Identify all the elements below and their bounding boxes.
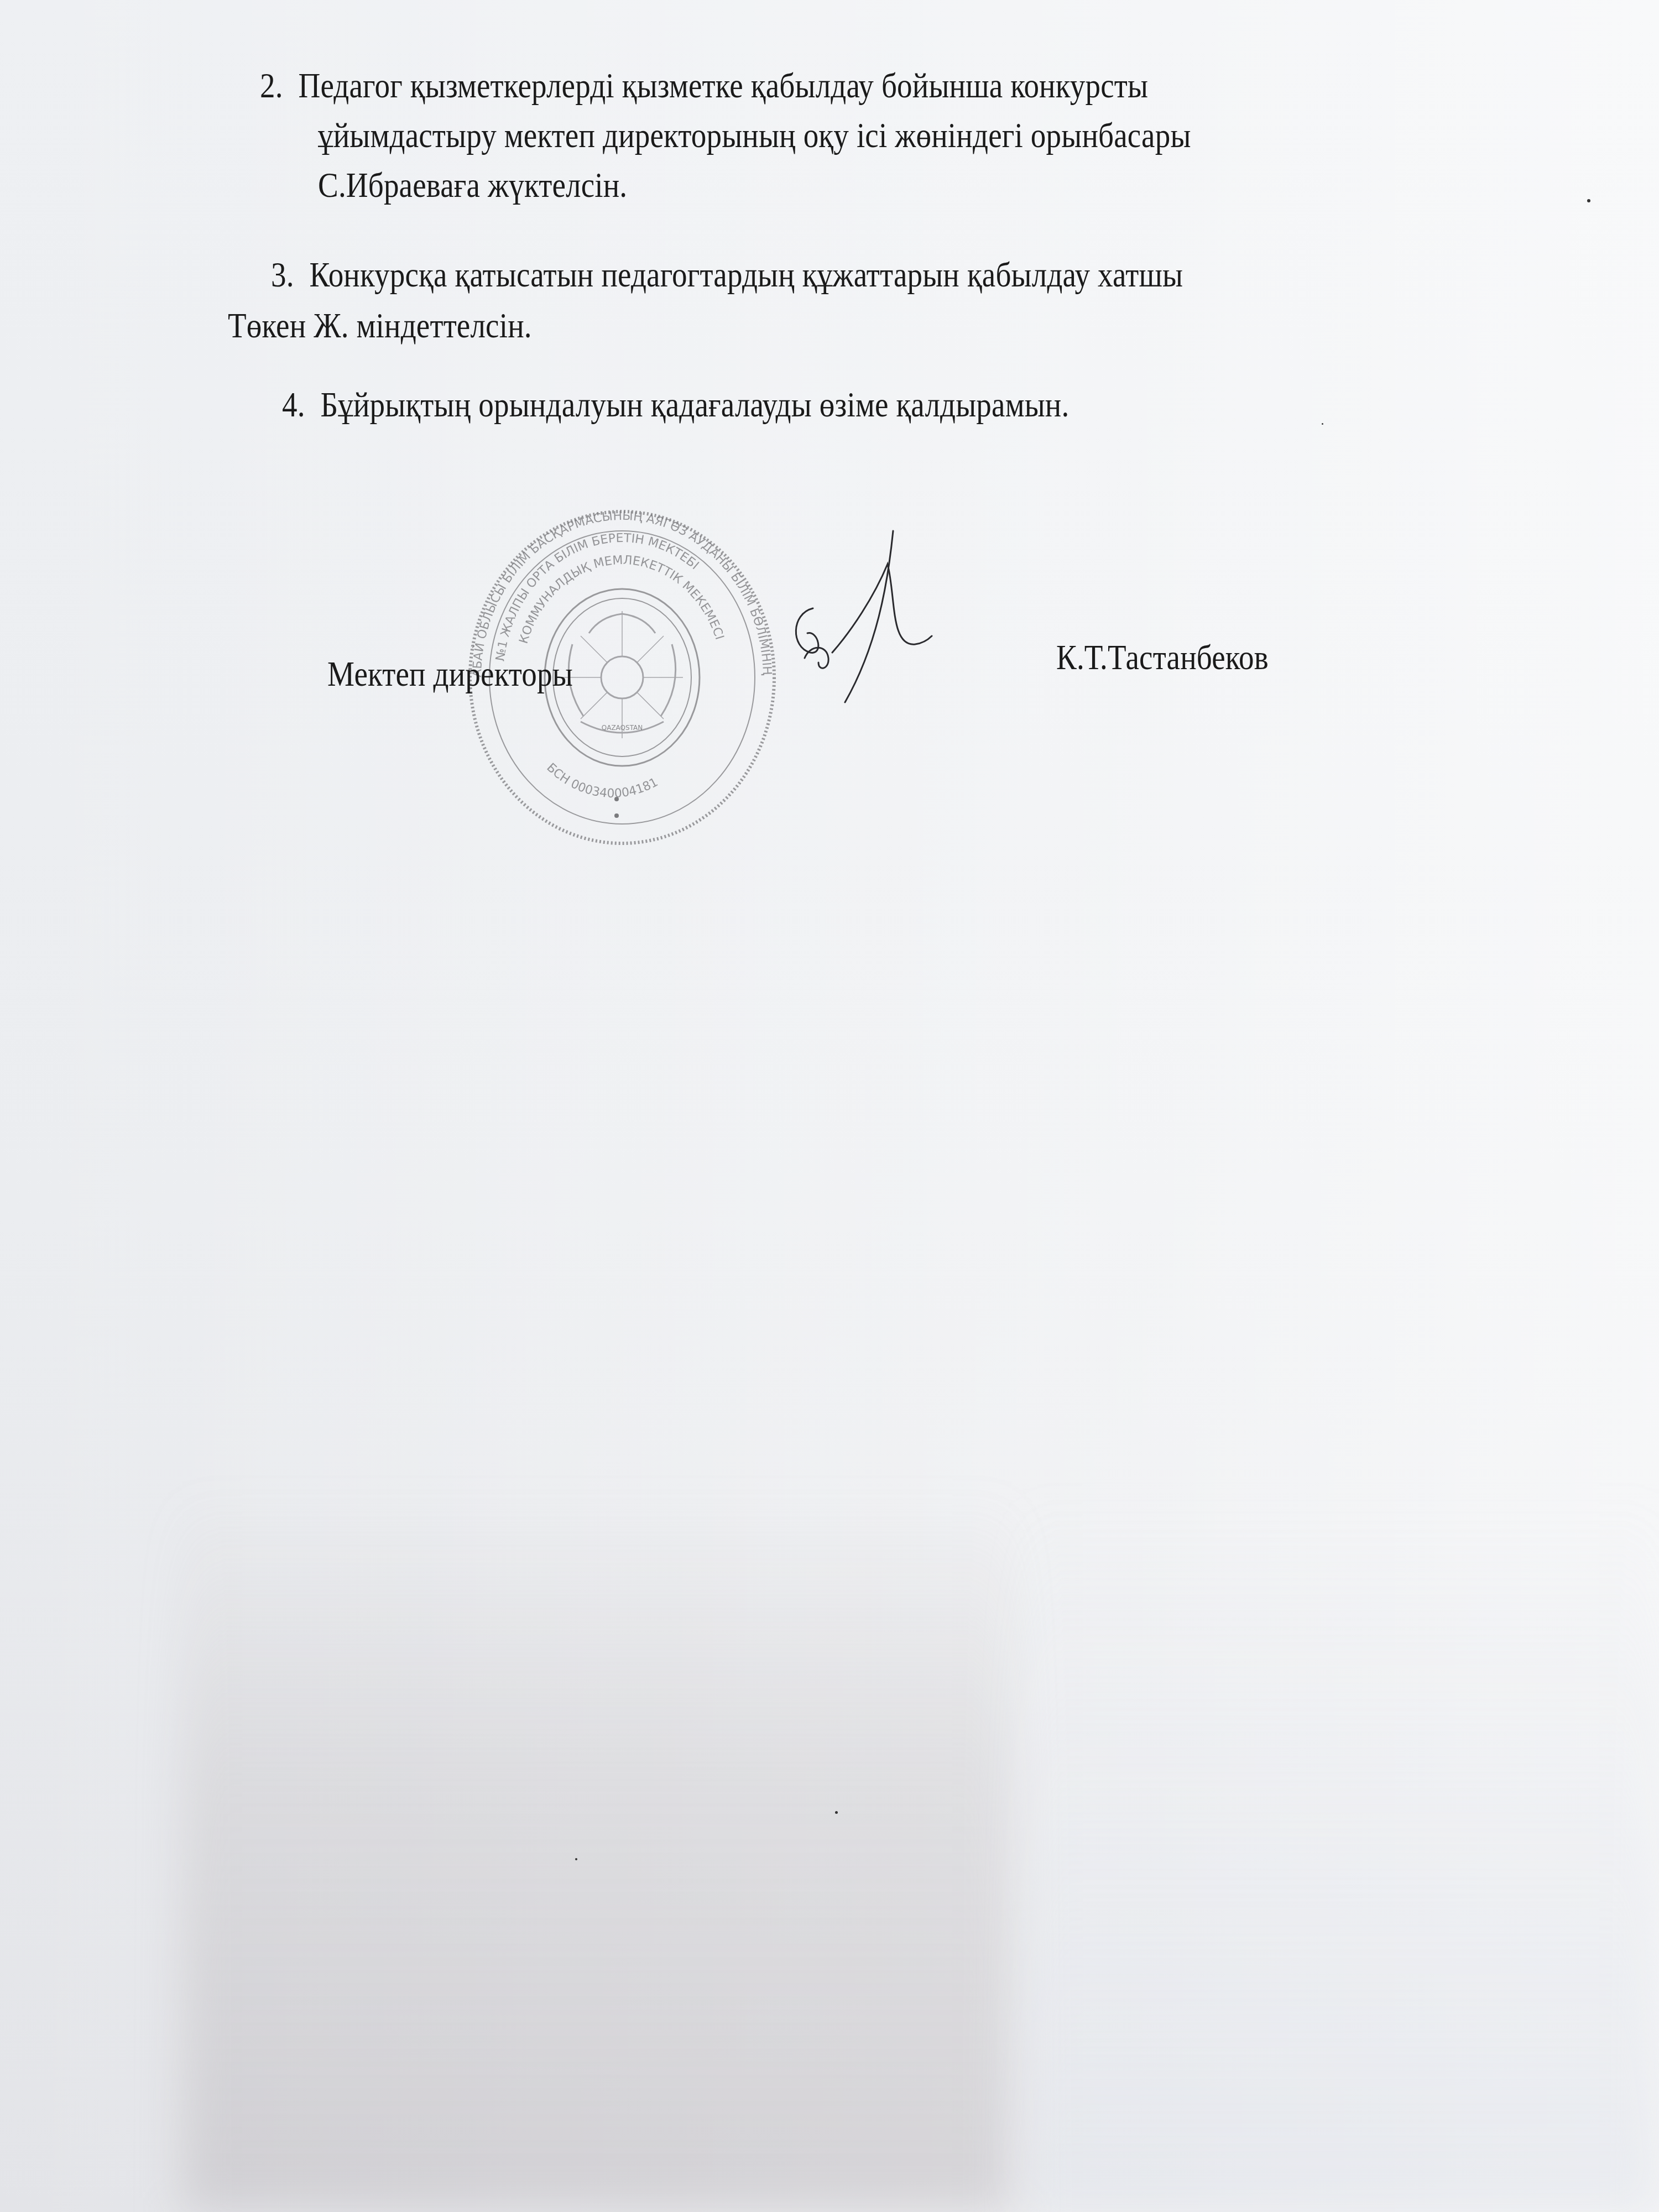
item-2-line-1: 2. Педагог қызметкерлерді қызметке қабыл… [260, 65, 1148, 106]
photo-shadow [1023, 1493, 1659, 2212]
director-position-label: Мектеп директоры [327, 654, 573, 695]
item-text: Конкурсқа қатысатын педагогтардың құжатт… [309, 255, 1183, 294]
item-number: 2. [260, 65, 283, 106]
document-page: 2. Педагог қызметкерлерді қызметке қабыл… [0, 0, 1659, 2212]
item-4-line-1: 4. Бұйрықтың орындалуын қадағалауды өзім… [282, 384, 1069, 425]
dust-speck [835, 1811, 838, 1814]
item-2-line-2: ұйымдастыру мектеп директорының оқу ісі … [318, 115, 1191, 156]
photo-shadow [182, 1493, 1012, 2212]
dust-speck [1587, 199, 1590, 202]
item-text: Бұйрықтың орындалуын қадағалауды өзіме қ… [320, 385, 1069, 424]
item-text: Төкен Ж. міндеттелсін. [228, 306, 532, 345]
item-3-line-1: 3. Конкурсқа қатысатын педагогтардың құж… [271, 254, 1183, 295]
dust-speck [575, 1858, 577, 1860]
item-2-line-3: С.Ибраеваға жүктелсін. [318, 165, 627, 206]
item-number: 4. [282, 384, 305, 425]
stamp-bin: БСН 000340004181 [544, 761, 660, 801]
item-3-line-2: Төкен Ж. міндеттелсін. [228, 305, 532, 346]
item-text: ұйымдастыру мектеп директорының оқу ісі … [318, 116, 1191, 155]
item-text: С.Ибраеваға жүктелсін. [318, 165, 627, 205]
director-name: К.Т.Тастанбеков [1056, 637, 1269, 678]
dust-speck [1322, 423, 1323, 425]
svg-text:БСН 000340004181: БСН 000340004181 [544, 761, 660, 801]
emblem-label: QAZAQSTAN [602, 724, 643, 732]
item-text: Педагог қызметкерлерді қызметке қабылдау… [298, 66, 1148, 105]
kazakhstan-emblem-icon [561, 611, 683, 738]
item-number: 3. [271, 254, 294, 295]
handwritten-signature [780, 520, 935, 708]
